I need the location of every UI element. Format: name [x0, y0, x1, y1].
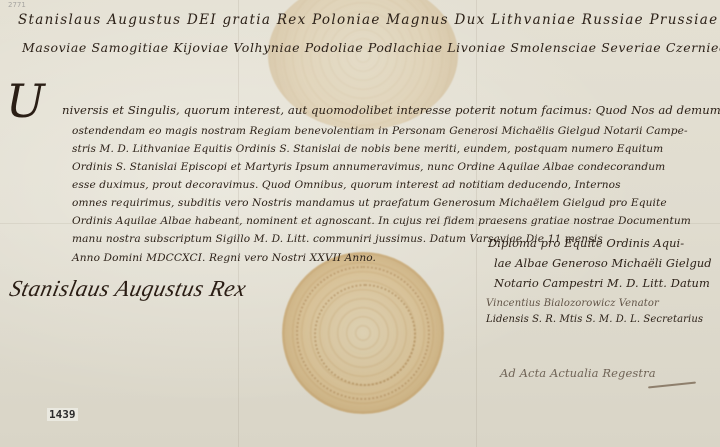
countersign-line: Vincentius Bialozorowicz Venator: [486, 298, 659, 309]
document-sheet: 2771 Stanislaus Augustus DEI gratia Rex …: [0, 0, 720, 447]
royal-signature: Stanislaus Augustus Rex: [7, 276, 248, 302]
body-line: esse duximus, prout decoravimus. Quod Om…: [72, 179, 621, 191]
flourish-stroke: [648, 381, 696, 388]
body-line: stris M. D. Lithvaniae Equitis Ordinis S…: [72, 143, 663, 155]
body-line: Anno Domini MDCCXCI. Regni vero Nostri X…: [72, 252, 376, 264]
body-line: ostendendam eo magis nostram Regiam bene…: [72, 125, 688, 137]
body-line: niversis et Singulis, quorum interest, a…: [62, 103, 720, 117]
side-note-line: lae Albae Generoso Michaëli Gielgud: [494, 256, 712, 270]
header-line-2: Masoviae Samogitiae Kijoviae Volhyniae P…: [22, 40, 720, 55]
wax-seal: [282, 252, 444, 414]
body-line: Ordinis Aquilae Albae habeant, nominent …: [72, 215, 691, 227]
side-note-line: Diploma pro Equite Ordinis Aqui-: [488, 236, 684, 250]
body-line: Ordinis S. Stanislai Episcopi et Martyri…: [72, 161, 665, 173]
seal-ring-inner: [314, 284, 416, 386]
side-note-line: Notario Campestri M. D. Litt. Datum: [494, 276, 710, 290]
countersign-line: Lidensis S. R. Mtis S. M. D. L. Secretar…: [486, 314, 703, 325]
body-line: omnes requirimus, subditis vero Nostris …: [72, 197, 667, 209]
illuminated-initial: U: [6, 78, 45, 124]
archive-number: 1439: [47, 408, 78, 421]
registry-note: Ad Acta Actualia Regestra: [500, 366, 656, 380]
archive-stamp: 2771: [8, 1, 26, 9]
header-line-1: Stanislaus Augustus DEI gratia Rex Polon…: [18, 12, 718, 28]
